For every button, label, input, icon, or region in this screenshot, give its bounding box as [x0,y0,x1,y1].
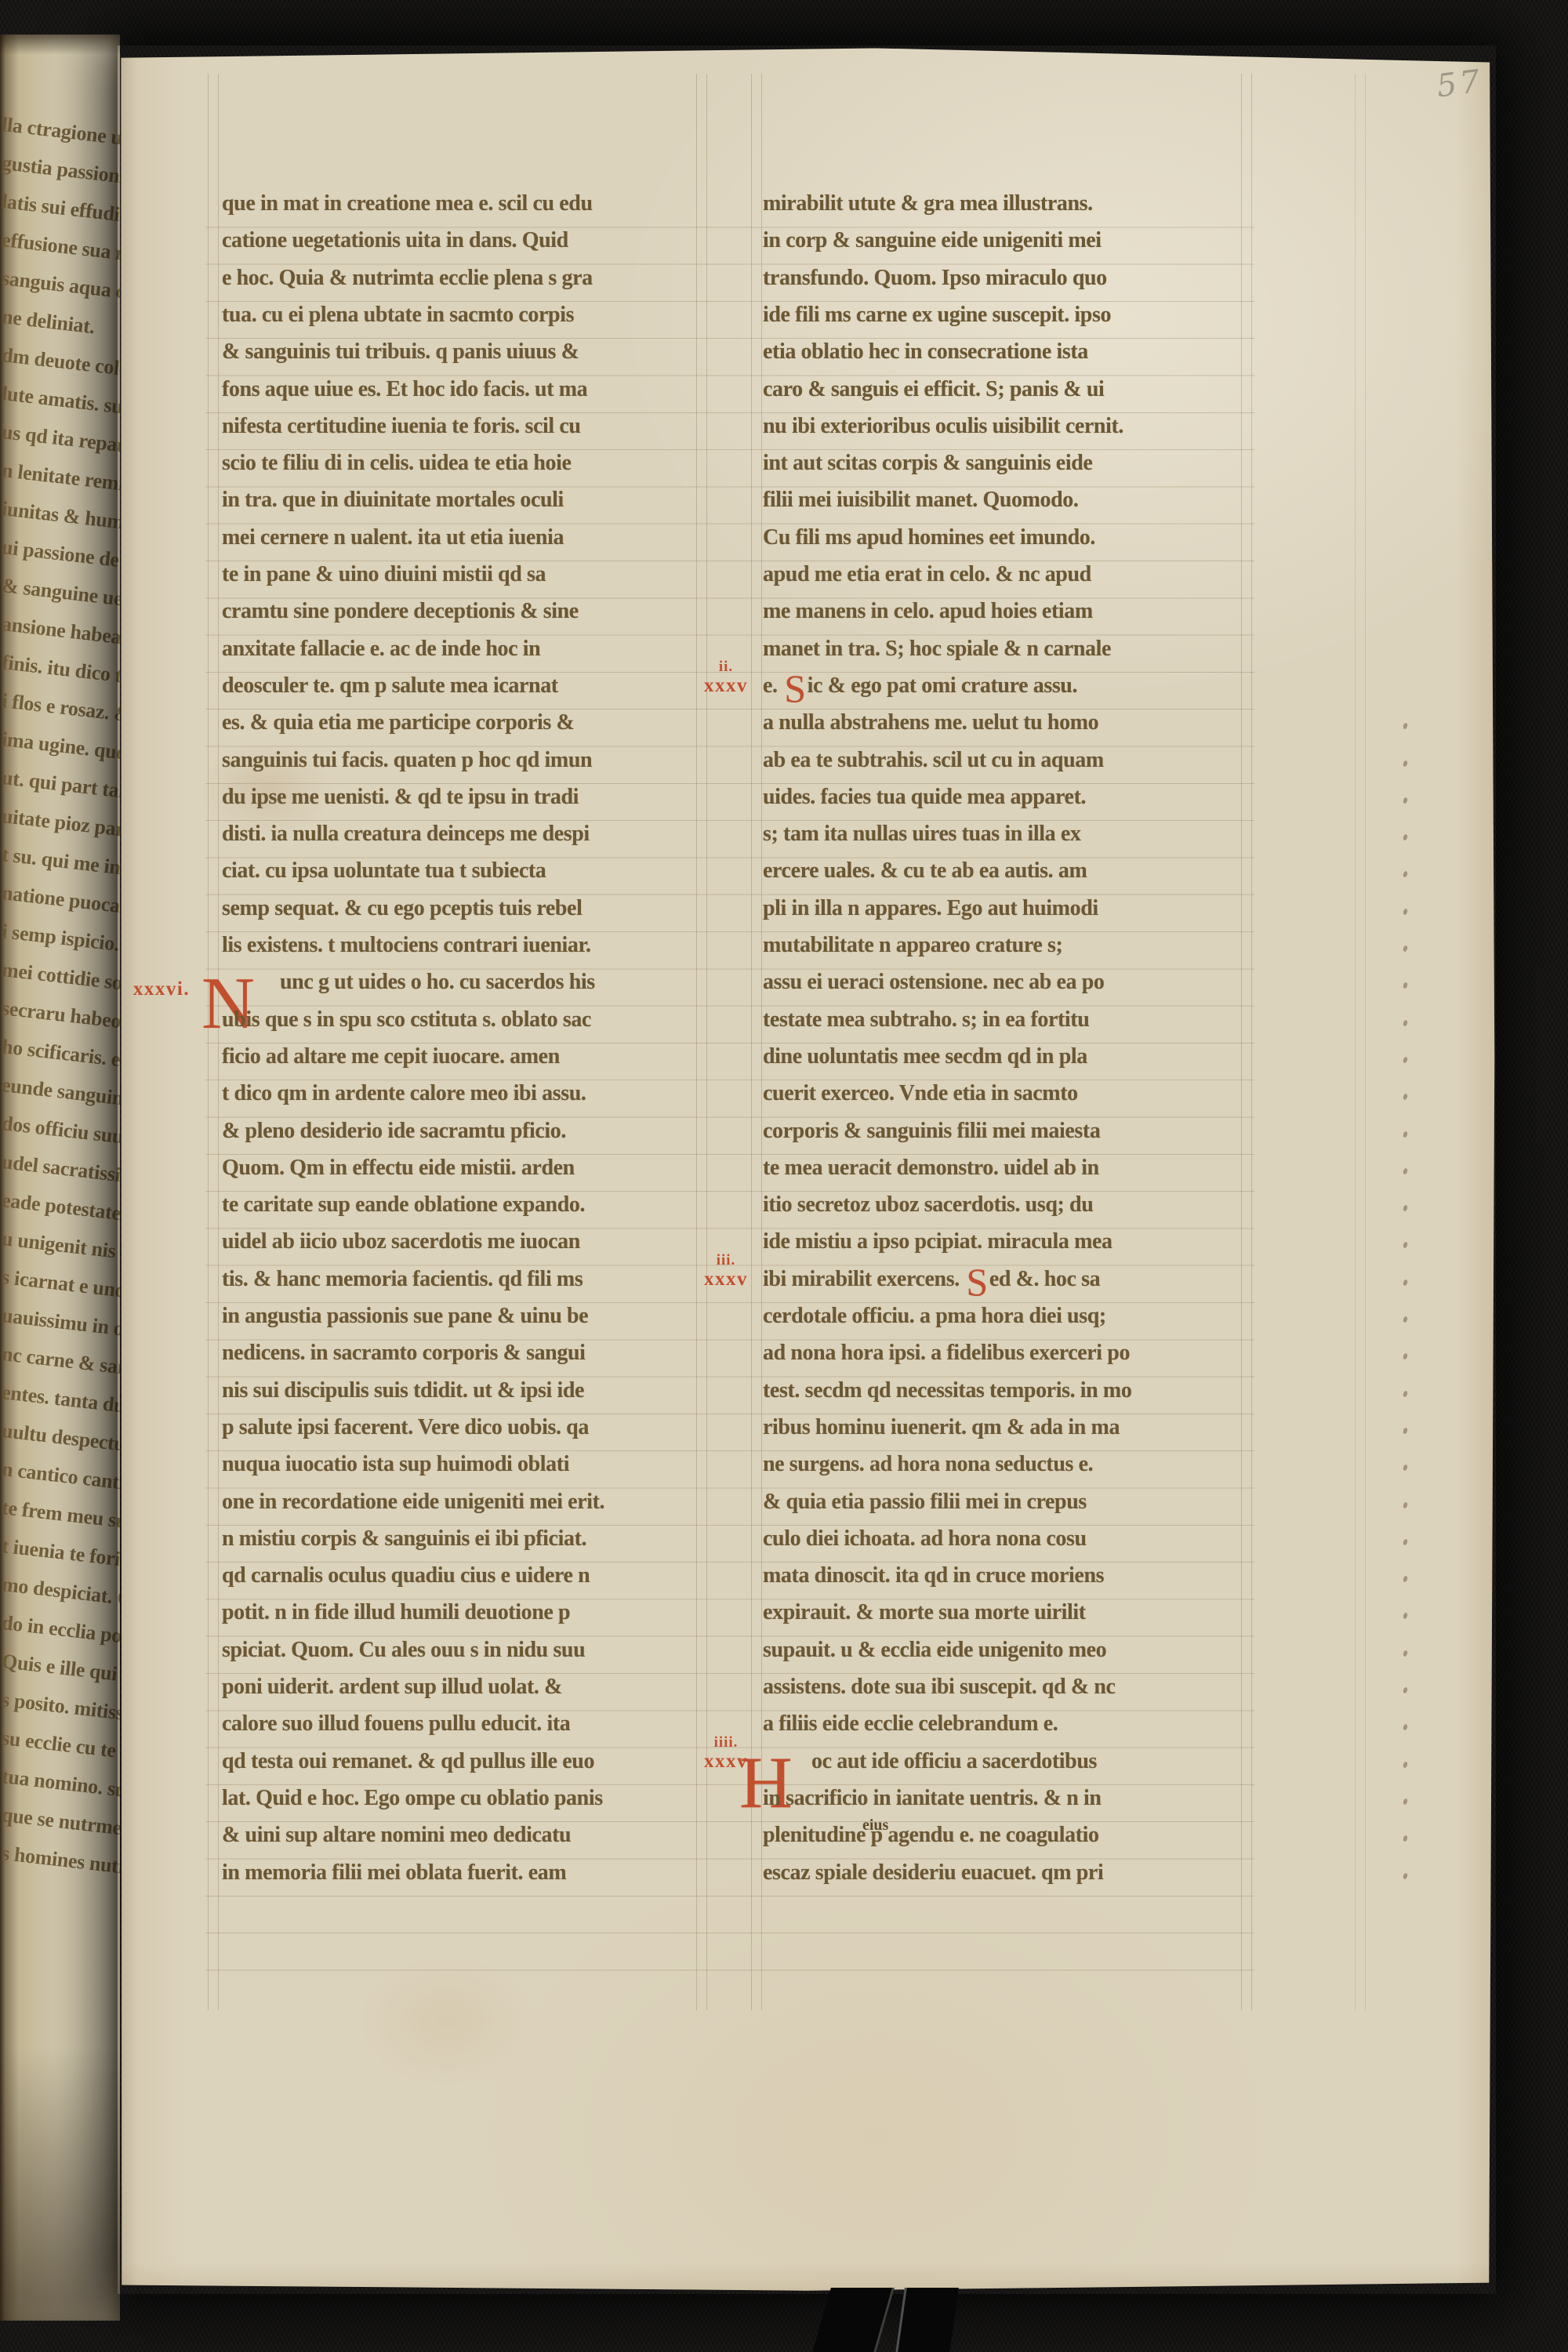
text-line: ne surgens. ad hora nona seductus e. [763,1452,1250,1489]
text-line: assistens. dote sua ibi suscepit. qd & n… [763,1675,1250,1711]
underpage-text-fragment: udel sacratissimus [1,1150,120,1191]
pricking-mark [1403,1501,1408,1508]
underpage-text-fragment: eunde sanguine [1,1073,120,1112]
text-line: manet in tra. S; hoc spiale & n carnale [763,637,1250,673]
text-line: ad nona hora ipsi. a fidelibus exerceri … [763,1341,1250,1377]
text-line: ide mistiu a ipso pcipiat. miracula mea [763,1229,1250,1266]
underpage-text-fragment: lla ctragione uiolari [1,113,120,155]
underpage-text-fragment: mei cottidie so [1,958,120,995]
pricking-mark [1403,1761,1408,1768]
text-line: nuqua iuocatio ista sup huimodi oblati [222,1452,702,1489]
pricking-mark [1403,908,1408,915]
text-line: itio secretoz uboz sacerdotis. usq; du [763,1192,1250,1229]
underpage-text-fragment: s icarnat e unde & [1,1265,120,1306]
underpage-text-fragment: ut. qui part talis [1,766,120,804]
pricking-mark [1403,1686,1408,1693]
text-line: caro & sanguis ei efficit. S; panis & ui [763,377,1250,414]
underpage-text-fragment: eade potestate ibi [1,1189,120,1229]
chapter-number-rubric: iii.xxxv [687,1253,765,1289]
pricking-mark [1403,1576,1408,1583]
text-line: semp sequat. & cu ego pceptis tuis rebel [222,896,702,933]
text-column-left: que in mat in creatione mea e. scil cu e… [222,191,702,1897]
chapter-number-rubric: iiii.xxxv [687,1735,765,1771]
ruling-vertical-line [761,74,762,2010]
underpage-text-fragment: ima ugine. que cu [1,728,120,768]
ruling-vertical-line [706,74,707,2010]
text-line: t dico qm in ardente calore meo ibi assu… [222,1081,702,1118]
text-line: transfundo. Quom. Ipso miraculo quo [763,266,1250,303]
text-line: potit. n in fide illud humili deuotione … [222,1600,702,1637]
pricking-mark [1403,871,1408,878]
text-line: te mea ueracit demonstro. uidel ab in [763,1156,1250,1192]
underpage-text-fragment: n cantico cantico [1,1457,120,1497]
underpage-text-fragment: us qd ita repaui uobis [1,420,120,464]
text-line: mirabilit utute & gra mea illustrans. [763,191,1250,228]
text-line: supauit. u & ecclia eide unigenito meo [763,1638,1250,1675]
text-line: pli in illa n appares. Ego aut huimodi [763,896,1250,933]
text-line: ciat. cu ipsa uoluntate tua t subiecta [222,858,702,895]
text-line: & pleno desiderio ide sacramtu pficio. [222,1119,702,1156]
text-line: plenitudine p agendu e. ne coagulatio [763,1823,1250,1860]
strap-edge [811,2288,895,2352]
underpage-text-fragment: uauissimu in omi [1,1304,120,1344]
underpage-text-fragment: ho scificaris. ea [1,1035,120,1073]
text-line: Hoc aut ide officiu a sacerdotibus [763,1749,1250,1786]
text-line: a nulla abstrahens me. uelut tu homo [763,710,1250,747]
text-line: ercere uales. & cu te ab ea autis. am [763,858,1250,895]
text-line: tis. & hanc memoria facientis. qd fili m… [222,1267,702,1304]
pricking-mark [1403,982,1408,989]
text-line: nu ibi exterioribus oculis uisibilit cer… [763,414,1250,451]
text-line: mei cernere n ualent. ita ut etia iuenia [222,525,702,562]
text-line: que in mat in creatione mea e. scil cu e… [222,191,702,228]
chapter-number-rubric: ii.xxxv [687,659,765,695]
pricking-mark [1403,1872,1408,1879]
text-line: Nunc g ut uides o ho. cu sacerdos his [222,970,702,1007]
pricking-mark [1403,1798,1408,1805]
pricking-mark [1403,1131,1408,1138]
underpage-text-fragment: dm deuote colere [1,343,120,383]
underpage-text-fragment: nc carne & sangui [1,1342,120,1383]
text-line: escaz spiale desideriu euacuet. qm pri [763,1860,1250,1897]
text-line: catione uegetationis uita in dans. Quid [222,228,702,265]
text-line: uidel ab iicio uboz sacerdotis me iuocan [222,1229,702,1266]
underpage-text-fragment: uultu despectu [1,1419,120,1457]
text-line: e. Sic & ego pat omi crature assu. [763,673,1250,710]
pricking-mark [1403,1316,1408,1323]
underpage-text-fragment: Quis e ille qui in m [1,1650,120,1691]
underpage-text-fragment: n lenitate remissio [1,459,120,499]
pricking-mark [1403,1056,1408,1063]
text-line: lis existens. t multociens contrari iuen… [222,933,702,970]
underpage-text-fragment: su ecclie cu te frem [1,1726,120,1768]
pricking-mark [1403,1167,1408,1174]
text-line: corporis & sanguinis filii mei maiesta [763,1119,1250,1156]
pricking-mark [1403,1353,1408,1360]
text-line: p salute ipsi facerent. Vere dico uobis.… [222,1415,702,1452]
text-line: fons aque uiue es. Et hoc ido facis. ut … [222,377,702,414]
underpage-text-fragment: gustia passionis po [1,151,120,193]
text-line: qd carnalis oculus quadiu cius e uidere … [222,1563,702,1600]
text-line: test. secdm qd necessitas temporis. in m… [763,1378,1250,1415]
pricking-mark [1403,1724,1408,1731]
text-line: cramtu sine pondere deceptionis & sine [222,599,702,636]
text-line: deosculer te. qm p salute mea icarnat [222,673,702,710]
text-line: qd testa oui remanet. & qd pullus ille e… [222,1749,702,1786]
text-line: in sacrificio in ianitate uentris. & n i… [763,1786,1250,1823]
underpage-text-fragment: uitate pioz pareno [1,804,120,845]
underpage-text-fragment: ne deliniat. [1,305,96,339]
pricking-mark [1403,760,1408,767]
pricking-mark [1403,1538,1408,1545]
pricking-mark [1403,1835,1408,1842]
text-line: Quom. Qm in effectu eide mistii. arden [222,1156,702,1192]
pricking-mark [1403,1465,1408,1472]
pricking-mark [1403,1650,1408,1657]
text-line: mata dinoscit. ita qd in cruce moriens [763,1563,1250,1600]
rubric-initial: S [966,1260,987,1304]
underpage-text-fragment: sanguis aqua cfor [1,267,120,307]
text-line: te in pane & uino diuini mistii qd sa [222,562,702,599]
underpage-text-fragment: s posito. mitissima [1,1688,120,1729]
text-line: ficio ad altare me cepit iuocare. amen [222,1044,702,1081]
underpage-text-fragment: ansione habeatis. [1,612,120,652]
underpage-text-fragment: t iuenia te foris & [1,1534,120,1574]
underpage-text-fragment: ui passione de mor [1,535,120,577]
text-line: nis sui discipulis suis tdidit. ut & ips… [222,1378,702,1415]
ruling-vertical-line [1251,74,1252,2010]
underlying-page-edge: lla ctragione uiolarigustia passionis po… [0,34,120,2321]
underpage-text-fragment: effusione sua n e. [1,228,120,268]
manuscript-photograph: lla ctragione uiolarigustia passionis po… [0,0,1568,2352]
underpage-text-fragment: u unigenit nis fue [1,1227,120,1267]
pricking-mark [1403,723,1408,730]
underpage-text-fragment: t su. qui me in tris [1,843,120,884]
underpage-text-fragment: mo despiciat. Quid [1,1573,120,1614]
text-line: ubis que s in spu sco cstituta s. oblato… [222,1007,702,1044]
text-line: in memoria filii mei oblata fuerit. eam [222,1860,702,1897]
text-column-right: mirabilit utute & gra mea illustrans.in … [763,191,1250,1897]
underpage-text-fragment: s homines nutrit. [1,1842,120,1881]
text-line: etia oblatio hec in consecratione ista [763,339,1250,376]
pricking-mark [1403,1427,1408,1434]
text-line: cerdotale officiu. a pma hora diei usq; [763,1304,1250,1341]
pricking-mark [1403,797,1408,804]
text-line: nifesta certitudine iuenia te foris. sci… [222,414,702,451]
text-line: & uini sup altare nomini meo dedicatu [222,1823,702,1860]
pricking-mark [1403,1390,1408,1397]
text-line: uides. facies tua quide mea apparet. [763,785,1250,822]
text-line: du ipse me uenisti. & qd te ipsu in trad… [222,785,702,822]
text-line: ibi mirabilit exercens. Sed &. hoc sa [763,1267,1250,1304]
underpage-text-fragment: iunitas & humani [1,497,120,537]
underpage-text-fragment: finis. itu dico t o ho [1,651,120,692]
ruling-vertical-line [1355,74,1356,2010]
ruling-vertical-line [1365,74,1366,2010]
text-line: cuerit exerceo. Vnde etia in sacmto [763,1081,1250,1118]
underpage-text-fragment: tua nomino. sugen [1,1765,120,1806]
chapter-number-rubric: xxxvi. [122,979,201,999]
underpage-text-fragment: latis sui effudit. q [1,190,120,230]
underpage-text-fragment: que se nutrmenta [1,1803,120,1843]
text-line: & sanguinis tui tribuis. q panis uiuus & [222,339,702,376]
text-line: nedicens. in sacramto corporis & sangui [222,1341,702,1377]
text-line: calore suo illud fouens pullu educit. it… [222,1711,702,1748]
text-line: ribus hominu iuenerit. qm & ada in ma [763,1415,1250,1452]
text-line: e hoc. Quia & nutrimta ecclie plena s gr… [222,266,702,303]
pricking-mark [1403,1613,1408,1620]
text-line: one in recordatione eide unigeniti mei e… [222,1490,702,1526]
text-line: lat. Quid e hoc. Ego ompe cu oblatio pan… [222,1786,702,1823]
text-line: es. & quia etia me participe corporis & [222,710,702,747]
underpage-text-fragment: te frem meu sugen [1,1496,120,1537]
strap-edge [895,2288,959,2352]
pricking-mark [1403,945,1408,952]
text-line: apud me etia erat in celo. & nc apud [763,562,1250,599]
underpage-text-fragment: entes. tanta dulce [1,1381,120,1421]
book-cradle-strap [808,2288,988,2352]
text-line: testate mea subtraho. s; in ea fortitu [763,1007,1250,1044]
ruling-vertical-line [751,74,752,2010]
pricking-mark [1403,834,1408,841]
pricking-mark [1403,1279,1408,1286]
text-line: scio te filiu di in celis. uidea te etia… [222,451,702,488]
pricking-mark [1403,1094,1408,1101]
text-line: ab ea te subtrahis. scil ut cu in aquam [763,748,1250,785]
underpage-text-fragment: natione puocaue [1,881,120,920]
pricking-mark [1403,1242,1408,1249]
text-line: te caritate sup eande oblatione expando. [222,1192,702,1229]
text-line: dine uoluntatis mee secdm qd in pla [763,1044,1250,1081]
pricking-mark [1403,1205,1408,1212]
text-line: in corp & sanguine eide unigeniti mei [763,228,1250,265]
text-line: n mistiu corpis & sanguinis ei ibi pfici… [222,1526,702,1563]
text-line: ide fili ms carne ex ugine suscepit. ips… [763,303,1250,339]
text-line: anxitate fallacie e. ac de inde hoc in [222,637,702,673]
text-line: poni uiderit. ardent sup illud uolat. & [222,1675,702,1711]
pricking-mark [1403,1019,1408,1026]
underpage-text-fragment: lute amatis. sumit [1,382,120,423]
manuscript-page: 57 que in mat in creatione mea e. scil c… [118,45,1496,2294]
text-line: assu ei ueraci ostensione. nec ab ea po [763,970,1250,1007]
underpage-text-fragment: i flos e rosaz. & liliu [1,689,120,731]
text-line: & quia etia passio filii mei in crepus [763,1490,1250,1526]
text-line: me manens in celo. apud hoies etiam [763,599,1250,636]
underpage-text-fragment: & sanguine uegeta [1,574,120,615]
text-line: spiciat. Quom. Cu ales ouu s in nidu suu [222,1638,702,1675]
underpage-text-fragment: dos officiu suu ex [1,1112,120,1152]
underpage-text-fragment: do in ecclia positoz [1,1611,120,1653]
text-line: disti. ia nulla creatura deinceps me des… [222,822,702,858]
text-line: s; tam ita nullas uires tuas in illa ex [763,822,1250,858]
text-line: mutabilitate n appareo crature s; [763,933,1250,970]
interlinear-gloss: eius [862,1817,888,1835]
text-line: tua. cu ei plena ubtate in sacmto corpis [222,303,702,339]
text-line: in tra. que in diuinitate mortales oculi [222,488,702,524]
text-line: filii mei iuisibilit manet. Quomodo. [763,488,1250,524]
rubric-initial: S [784,666,805,710]
text-line: Cu fili ms apud homines eet imundo. [763,525,1250,562]
text-line: in angustia passionis sue pane & uinu be [222,1304,702,1341]
text-line: culo diei ichoata. ad hora nona cosu [763,1526,1250,1563]
underpage-text-fragment: secraru habeo [1,996,120,1033]
text-line: expirauit. & morte sua morte uirilit [763,1600,1250,1637]
text-line: sanguinis tui facis. quaten p hoc qd imu… [222,748,702,785]
text-line: int aut scitas corpis & sanguinis eide [763,451,1250,488]
underpage-text-fragment: i semp ispicio. cu [1,920,120,959]
text-line: a filiis eide ecclie celebrandum e. [763,1711,1250,1748]
